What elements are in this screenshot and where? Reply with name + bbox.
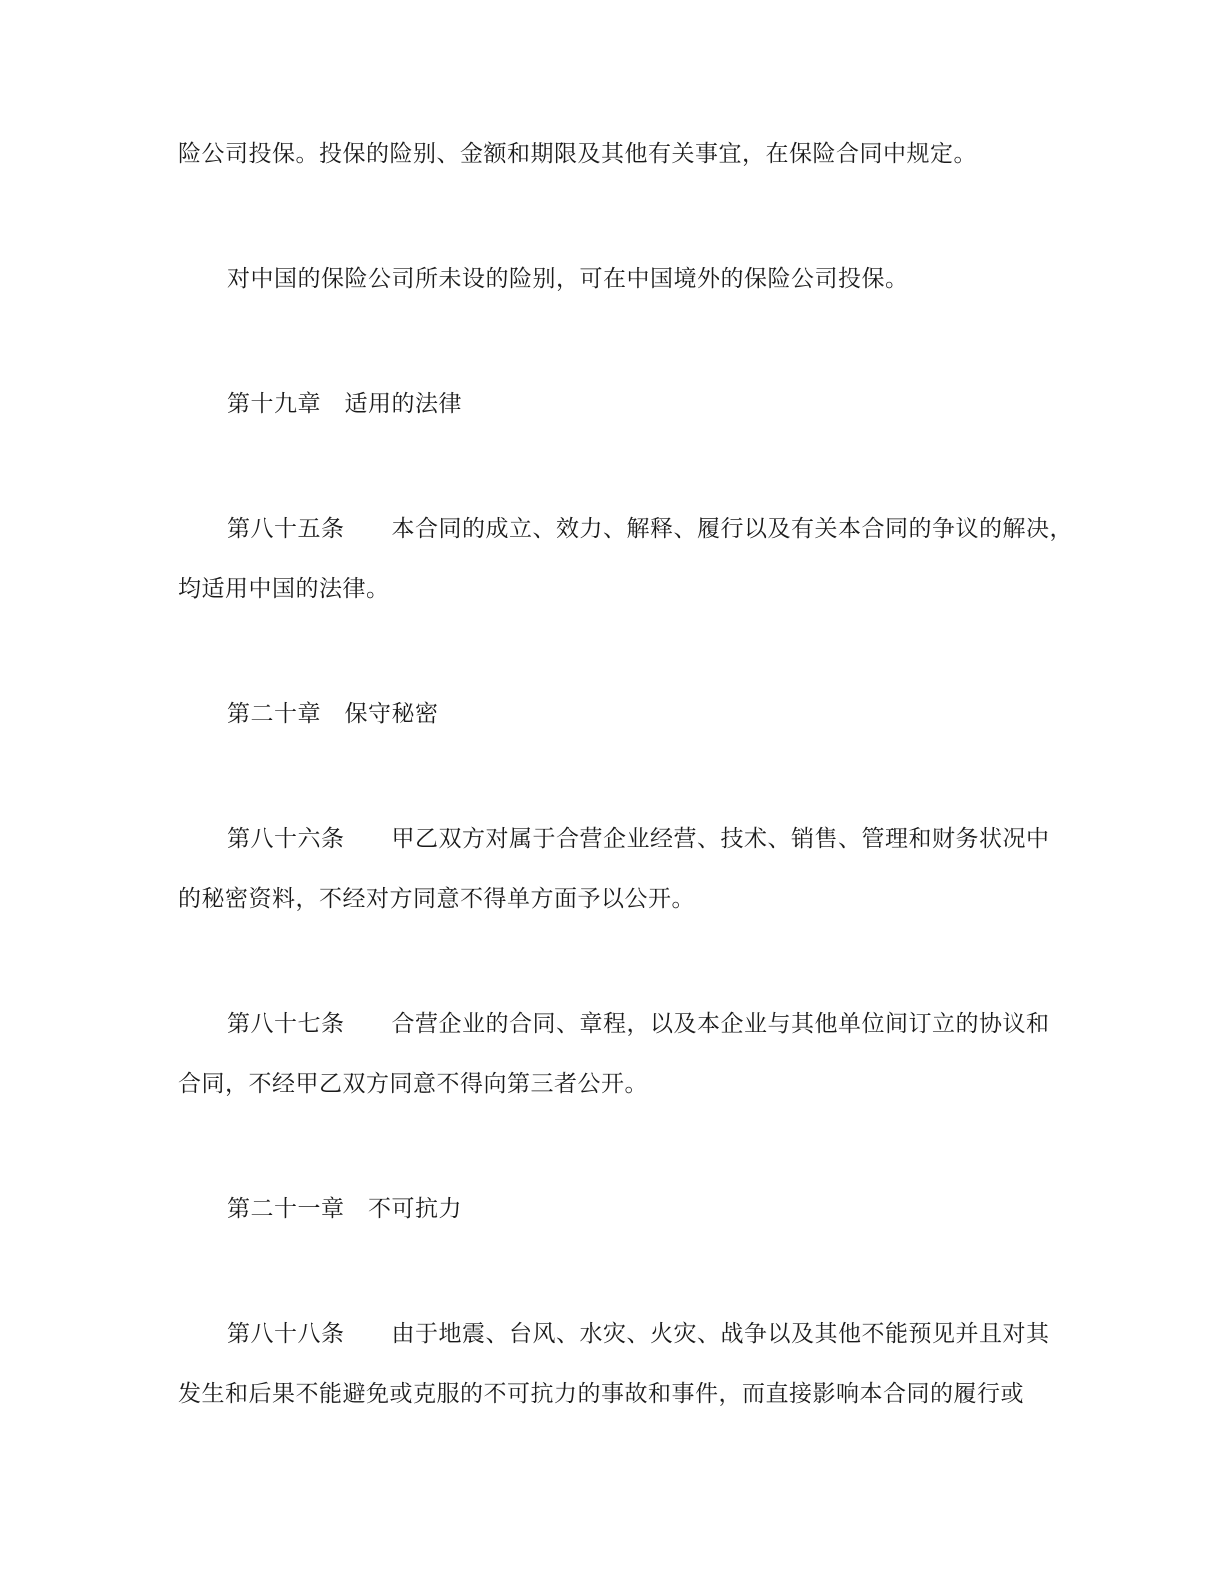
paragraph-foreign-insurance: 对中国的保险公司所未设的险别，可在中国境外的保险公司投保。 bbox=[178, 249, 1084, 309]
chapter-heading-line: 第十九章 适用的法律 bbox=[178, 374, 1084, 434]
text-line: 第八十五条 本合同的成立、效力、解释、履行以及有关本合同的争议的解决， bbox=[178, 499, 1084, 559]
text-line: 的秘密资料，不经对方同意不得单方面予以公开。 bbox=[178, 869, 1084, 929]
chapter-heading-line: 第二十一章 不可抗力 bbox=[178, 1179, 1084, 1239]
article-87: 第八十七条 合营企业的合同、章程，以及本企业与其他单位间订立的协议和 合同，不经… bbox=[178, 994, 1084, 1114]
article-88: 第八十八条 由于地震、台风、水灾、火灾、战争以及其他不能预见并且对其 发生和后果… bbox=[178, 1304, 1084, 1424]
chapter-heading-line: 第二十章 保守秘密 bbox=[178, 684, 1084, 744]
article-86: 第八十六条 甲乙双方对属于合营企业经营、技术、销售、管理和财务状况中 的秘密资料… bbox=[178, 809, 1084, 929]
document-page: 险公司投保。投保的险别、金额和期限及其他有关事宜，在保险合同中规定。 对中国的保… bbox=[0, 0, 1224, 1584]
text-line: 险公司投保。投保的险别、金额和期限及其他有关事宜，在保险合同中规定。 bbox=[178, 124, 1084, 184]
chapter-19-heading: 第十九章 适用的法律 bbox=[178, 374, 1084, 434]
paragraph-insurance-terms-continuation: 险公司投保。投保的险别、金额和期限及其他有关事宜，在保险合同中规定。 bbox=[178, 124, 1084, 184]
chapter-21-heading: 第二十一章 不可抗力 bbox=[178, 1179, 1084, 1239]
text-line: 第八十七条 合营企业的合同、章程，以及本企业与其他单位间订立的协议和 bbox=[178, 994, 1084, 1054]
article-85: 第八十五条 本合同的成立、效力、解释、履行以及有关本合同的争议的解决， 均适用中… bbox=[178, 499, 1084, 619]
text-line: 第八十八条 由于地震、台风、水灾、火灾、战争以及其他不能预见并且对其 bbox=[178, 1304, 1084, 1364]
text-line: 均适用中国的法律。 bbox=[178, 559, 1084, 619]
text-line: 第八十六条 甲乙双方对属于合营企业经营、技术、销售、管理和财务状况中 bbox=[178, 809, 1084, 869]
text-line: 发生和后果不能避免或克服的不可抗力的事故和事件，而直接影响本合同的履行或 bbox=[178, 1364, 1084, 1424]
text-line: 对中国的保险公司所未设的险别，可在中国境外的保险公司投保。 bbox=[178, 249, 1084, 309]
text-line: 合同，不经甲乙双方同意不得向第三者公开。 bbox=[178, 1054, 1084, 1114]
chapter-20-heading: 第二十章 保守秘密 bbox=[178, 684, 1084, 744]
